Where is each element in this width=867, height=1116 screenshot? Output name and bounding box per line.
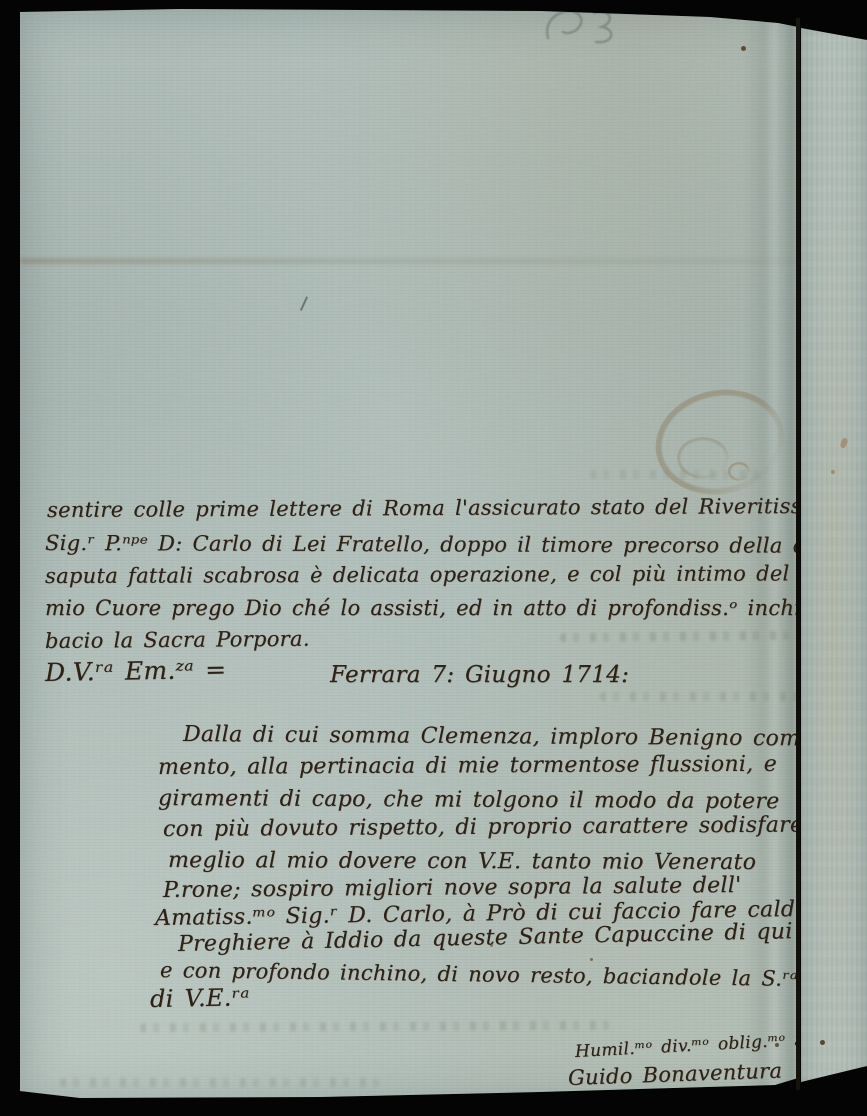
showthrough-text [600, 692, 800, 701]
rust-spot [831, 470, 835, 474]
pencil-mark [532, 2, 642, 54]
valediction: D.V.ʳᵃ Em.ᶻᵃ = [45, 655, 227, 687]
letter-line: Dalla di cui somma Clemenza, imploro Ben… [183, 722, 863, 752]
letter-page: sentire colle prime lettere di Roma l'as… [20, 8, 798, 1104]
letter-line: giramenti di capo, che mi tolgono il mod… [158, 786, 780, 814]
letter-line: saputa fattali scabrosa è delicata opera… [45, 561, 790, 588]
letter-line: meglio al mio dovere con V.E. tanto mio … [168, 848, 756, 875]
letter-line: bacio la Sacra Porpora. [45, 627, 310, 653]
horizontal-crease [20, 258, 798, 264]
scanned-letter-photo: sentire colle prime lettere di Roma l'as… [0, 0, 867, 1116]
dateline: Ferrara 7: Giugno 1714: [330, 662, 629, 688]
letter-line: mio Cuore prego Dio ché lo assisti, ed i… [45, 596, 858, 620]
page-fold-gap [796, 18, 800, 1090]
letter-line: di V.E.ʳᵃ [150, 983, 250, 1013]
adjacent-page-edge [801, 20, 867, 1092]
showthrough-text [590, 470, 770, 479]
letter-line: con più dovuto rispetto, di proprio cara… [163, 813, 803, 842]
foxing-spot [820, 1040, 825, 1045]
showthrough-text [140, 1021, 620, 1033]
scratch-mark [300, 296, 308, 310]
letter-line: Sig.ʳ P.ⁿᵖᵉ D: Carlo di Lei Fratello, do… [45, 531, 832, 558]
rust-spot [839, 437, 848, 448]
letter-line: sentire colle prime lettere di Roma l'as… [47, 494, 817, 522]
foxing-spot [741, 46, 746, 51]
foxing-spot [590, 958, 593, 961]
letter-line: mento, alla pertinacia di mie tormentose… [158, 752, 777, 780]
showthrough-text [60, 1078, 380, 1087]
